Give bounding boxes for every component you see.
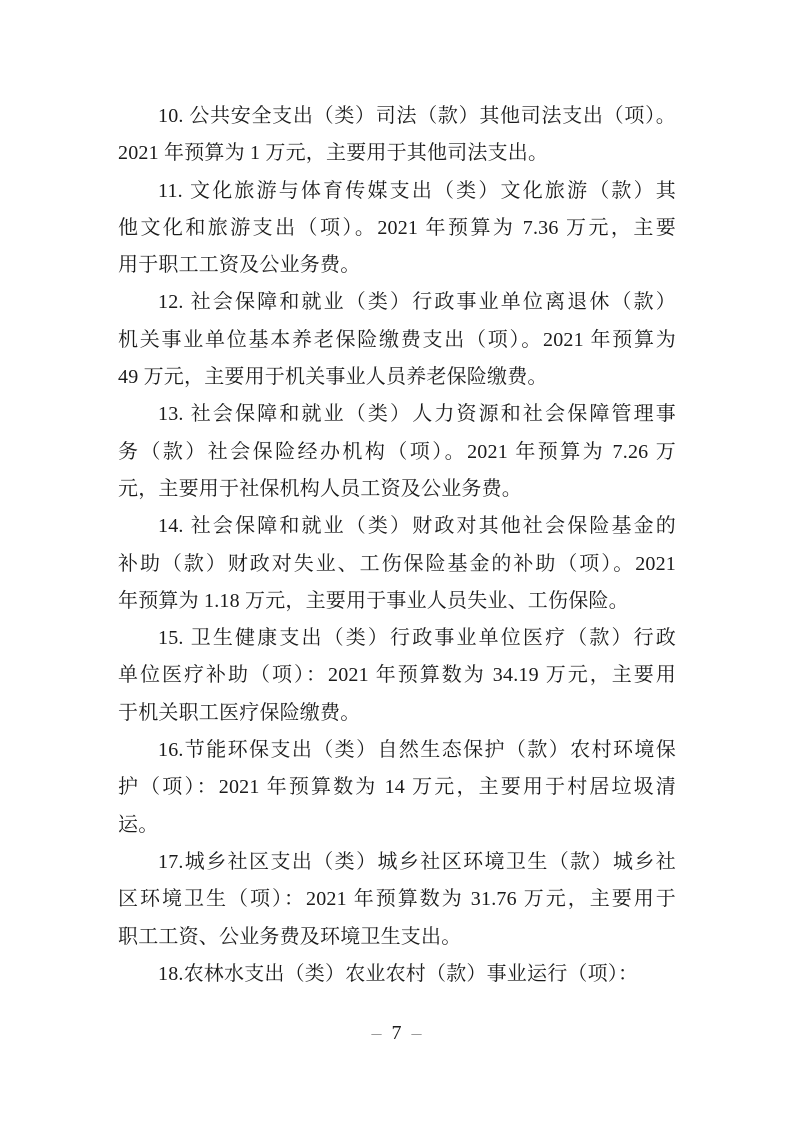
- text-line: 务（款）社会保险经办机构（项）。2021 年预算为 7.26 万: [118, 434, 676, 471]
- text-line: 补助（款）财政对失业、工伤保险基金的补助（项）。2021: [118, 546, 676, 583]
- budget-item-paragraph-14: 14. 社会保障和就业（类）财政对其他社会保险基金的 补助（款）财政对失业、工伤…: [118, 508, 676, 620]
- text-line: 12. 社会保障和就业（类）行政事业单位离退休（款）: [118, 284, 676, 321]
- text-line: 18.农林水支出（类）农业农村（款）事业运行（项）：: [118, 956, 676, 993]
- text-line: 年预算为 1.18 万元，主要用于事业人员失业、工伤保险。: [118, 583, 676, 620]
- text-line: 于机关职工医疗保险缴费。: [118, 695, 676, 732]
- footer-dash-left: –: [372, 1022, 382, 1044]
- text-line: 13. 社会保障和就业（类）人力资源和社会保障管理事: [118, 396, 676, 433]
- text-line: 2021 年预算为 1 万元，主要用于其他司法支出。: [118, 135, 676, 172]
- page-number: 7: [392, 1022, 402, 1044]
- text-line: 单位医疗补助（项）：2021 年预算数为 34.19 万元，主要用: [118, 657, 676, 694]
- text-line: 区环境卫生（项）：2021 年预算数为 31.76 万元，主要用于: [118, 881, 676, 918]
- text-line: 10. 公共安全支出（类）司法（款）其他司法支出（项）。: [118, 98, 676, 135]
- text-line: 17.城乡社区支出（类）城乡社区环境卫生（款）城乡社: [118, 844, 676, 881]
- footer-dash-right: –: [412, 1022, 422, 1044]
- text-line: 护（项）：2021 年预算数为 14 万元，主要用于村居垃圾清: [118, 769, 676, 806]
- text-line: 用于职工工资及公业务费。: [118, 247, 676, 284]
- page-footer: –7–: [0, 1020, 793, 1046]
- budget-item-paragraph-10: 10. 公共安全支出（类）司法（款）其他司法支出（项）。 2021 年预算为 1…: [118, 98, 676, 173]
- budget-item-paragraph-17: 17.城乡社区支出（类）城乡社区环境卫生（款）城乡社 区环境卫生（项）：2021…: [118, 844, 676, 956]
- budget-item-paragraph-15: 15. 卫生健康支出（类）行政事业单位医疗（款）行政 单位医疗补助（项）：202…: [118, 620, 676, 732]
- budget-item-paragraph-13: 13. 社会保障和就业（类）人力资源和社会保障管理事 务（款）社会保险经办机构（…: [118, 396, 676, 508]
- text-line: 他文化和旅游支出（项）。2021 年预算为 7.36 万元，主要: [118, 210, 676, 247]
- text-line: 运。: [118, 807, 676, 844]
- text-line: 14. 社会保障和就业（类）财政对其他社会保险基金的: [118, 508, 676, 545]
- text-line: 元，主要用于社保机构人员工资及公业务费。: [118, 471, 676, 508]
- text-line: 49 万元，主要用于机关事业人员养老保险缴费。: [118, 359, 676, 396]
- budget-item-paragraph-16: 16.节能环保支出（类）自然生态保护（款）农村环境保 护（项）：2021 年预算…: [118, 732, 676, 844]
- budget-item-paragraph-11: 11. 文化旅游与体育传媒支出（类）文化旅游（款）其 他文化和旅游支出（项）。2…: [118, 173, 676, 285]
- document-body: 10. 公共安全支出（类）司法（款）其他司法支出（项）。 2021 年预算为 1…: [118, 98, 676, 993]
- text-line: 11. 文化旅游与体育传媒支出（类）文化旅游（款）其: [118, 173, 676, 210]
- text-line: 16.节能环保支出（类）自然生态保护（款）农村环境保: [118, 732, 676, 769]
- text-line: 职工工资、公业务费及环境卫生支出。: [118, 919, 676, 956]
- document-page: 10. 公共安全支出（类）司法（款）其他司法支出（项）。 2021 年预算为 1…: [0, 0, 793, 1122]
- budget-item-paragraph-12: 12. 社会保障和就业（类）行政事业单位离退休（款） 机关事业单位基本养老保险缴…: [118, 284, 676, 396]
- text-line: 机关事业单位基本养老保险缴费支出（项）。2021 年预算为: [118, 322, 676, 359]
- text-line: 15. 卫生健康支出（类）行政事业单位医疗（款）行政: [118, 620, 676, 657]
- budget-item-paragraph-18: 18.农林水支出（类）农业农村（款）事业运行（项）：: [118, 956, 676, 993]
